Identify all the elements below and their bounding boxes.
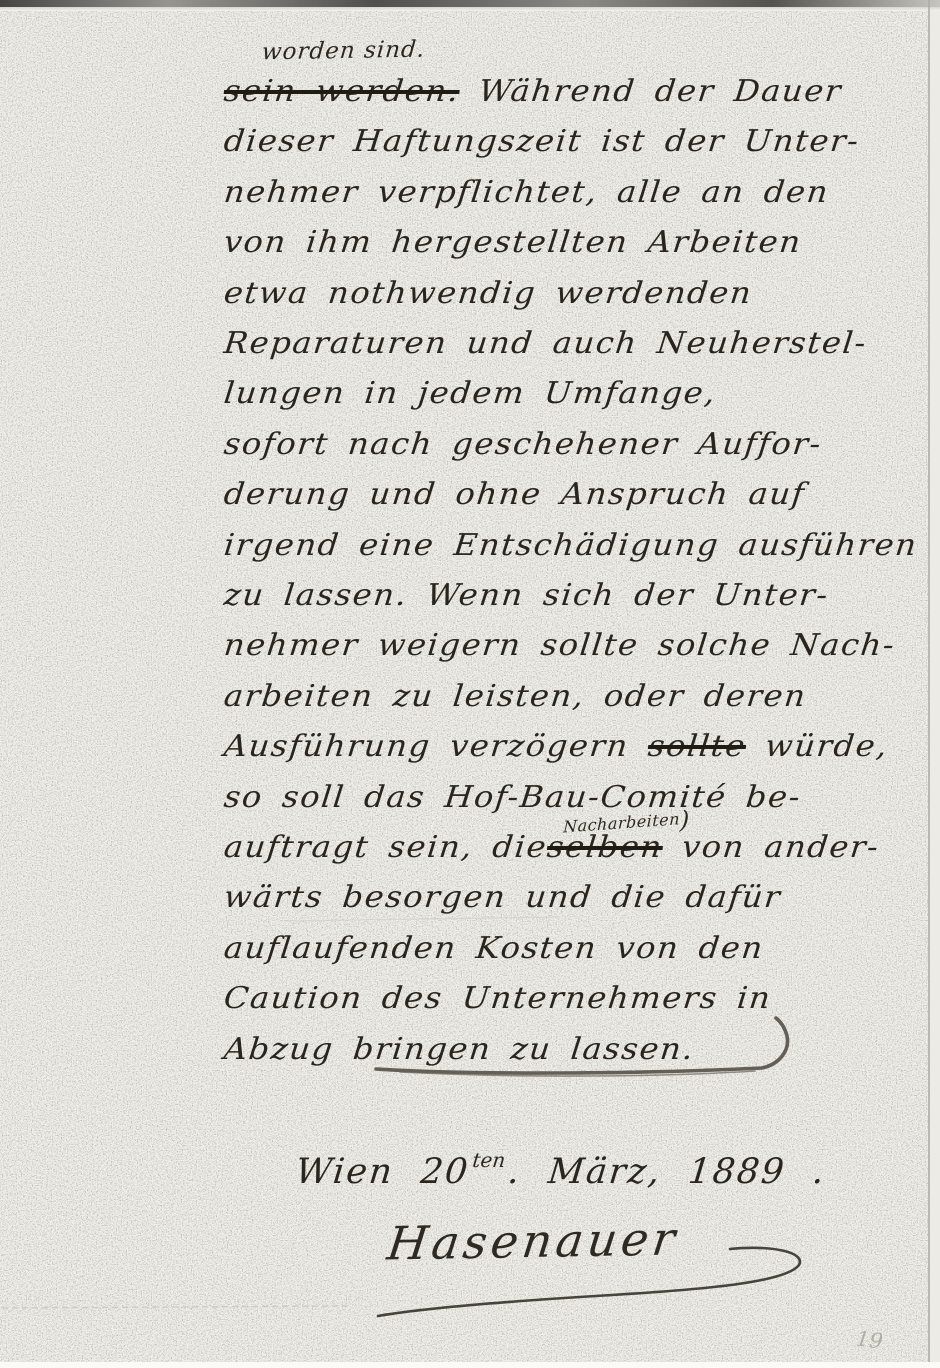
text-segment: irgend eine Entschädigung ausführen bbox=[222, 528, 919, 563]
text-segment: Während der Dauer bbox=[458, 74, 844, 109]
manuscript-page: worden sind. sein werden. Während der Da… bbox=[0, 0, 940, 1368]
manuscript-line: zu lassen. Wenn sich der Unter- bbox=[222, 578, 831, 614]
text-segment: von ander- bbox=[661, 830, 881, 865]
manuscript-line: sein werden. Während der Dauer bbox=[222, 74, 844, 110]
text-segment: auflaufenden Kosten von den bbox=[222, 931, 765, 966]
text-segment: von ihm hergestellten Arbeiten bbox=[222, 225, 803, 260]
insertion-caret-mark: ) bbox=[679, 806, 690, 835]
manuscript-line: Ausführung verzögern sollte würde, bbox=[222, 729, 890, 765]
text-segment: würde, bbox=[744, 729, 890, 764]
text-segment: Caution des Unternehmers in bbox=[222, 981, 773, 1016]
manuscript-line: irgend eine Entschädigung ausführen bbox=[222, 528, 919, 564]
text-segment: nehmer verpflichtet, alle an den bbox=[222, 175, 831, 210]
text-segment: Reparaturen und auch Neuherstel- bbox=[222, 326, 869, 361]
date-city-day: Wien 20 bbox=[294, 1152, 472, 1192]
struck-text-segment: sollte bbox=[646, 729, 748, 764]
manuscript-line: so soll das Hof-Bau-Comité be- bbox=[222, 780, 803, 816]
manuscript-line: nehmer weigern sollte solche Nach- bbox=[222, 628, 897, 664]
closing-underline-flourish-2 bbox=[400, 1071, 755, 1076]
manuscript-line: Reparaturen und auch Neuherstel- bbox=[222, 326, 869, 362]
scan-border-top-shadow bbox=[0, 7, 940, 11]
scan-edge-right-paper bbox=[930, 0, 940, 1368]
manuscript-line: sofort nach geschehener Auffor- bbox=[222, 427, 824, 463]
text-segment: so soll das Hof-Bau-Comité be- bbox=[222, 780, 803, 815]
manuscript-line: derung und ohne Anspruch auf bbox=[222, 477, 807, 513]
text-segment: arbeiten zu leisten, oder deren bbox=[222, 679, 808, 714]
scan-edge-bottom bbox=[0, 1362, 940, 1368]
scan-edge-right-line bbox=[928, 0, 930, 1368]
text-segment: etwa nothwendig werdenden bbox=[222, 276, 754, 311]
text-segment: zu lassen. Wenn sich der Unter- bbox=[222, 578, 831, 613]
manuscript-line: Abzug bringen zu lassen. bbox=[222, 1032, 696, 1068]
manuscript-line: auflaufenden Kosten von den bbox=[222, 931, 766, 967]
manuscript-line: von ihm hergestellten Arbeiten bbox=[222, 225, 803, 261]
scan-border-top bbox=[0, 0, 940, 7]
struck-text-segment: sein werden. bbox=[222, 74, 461, 109]
date-month-year: . März, 1889 . bbox=[506, 1152, 828, 1192]
manuscript-line: etwa nothwendig werdenden bbox=[222, 276, 754, 312]
pencil-line-left bbox=[2, 1306, 348, 1308]
text-segment: lungen in jedem Umfange, bbox=[222, 376, 718, 411]
date-line: Wien 20ten. März, 1889 . bbox=[294, 1148, 829, 1193]
text-segment: auftragt sein, die bbox=[222, 830, 549, 865]
text-segment: sofort nach geschehener Auffor- bbox=[222, 427, 824, 462]
pencil-line-mid bbox=[284, 917, 558, 921]
text-segment: Ausführung verzögern bbox=[222, 729, 650, 764]
manuscript-line: arbeiten zu leisten, oder deren bbox=[222, 679, 808, 715]
manuscript-line: lungen in jedem Umfange, bbox=[222, 376, 718, 412]
manuscript-line: wärts besorgen und die dafür bbox=[222, 880, 783, 916]
text-segment: dieser Haftungszeit ist der Unter- bbox=[222, 124, 861, 159]
manuscript-line: Caution des Unternehmers in bbox=[222, 981, 773, 1017]
date-ordinal-superscript: ten bbox=[471, 1148, 506, 1172]
text-segment: nehmer weigern sollte solche Nach- bbox=[222, 628, 897, 663]
text-segment: wärts besorgen und die dafür bbox=[222, 880, 783, 915]
manuscript-line: nehmer verpflichtet, alle an den bbox=[222, 175, 831, 211]
text-segment: derung und ohne Anspruch auf bbox=[222, 477, 807, 512]
text-segment: Abzug bringen zu lassen. bbox=[222, 1032, 696, 1067]
page-number: 19 bbox=[855, 1328, 884, 1352]
manuscript-line: auftragt sein, dieselben von ander- bbox=[222, 830, 881, 866]
interlinear-correction: worden sind. bbox=[261, 39, 426, 65]
signature: Hasenauer bbox=[384, 1211, 682, 1271]
manuscript-line: dieser Haftungszeit ist der Unter- bbox=[222, 124, 861, 160]
